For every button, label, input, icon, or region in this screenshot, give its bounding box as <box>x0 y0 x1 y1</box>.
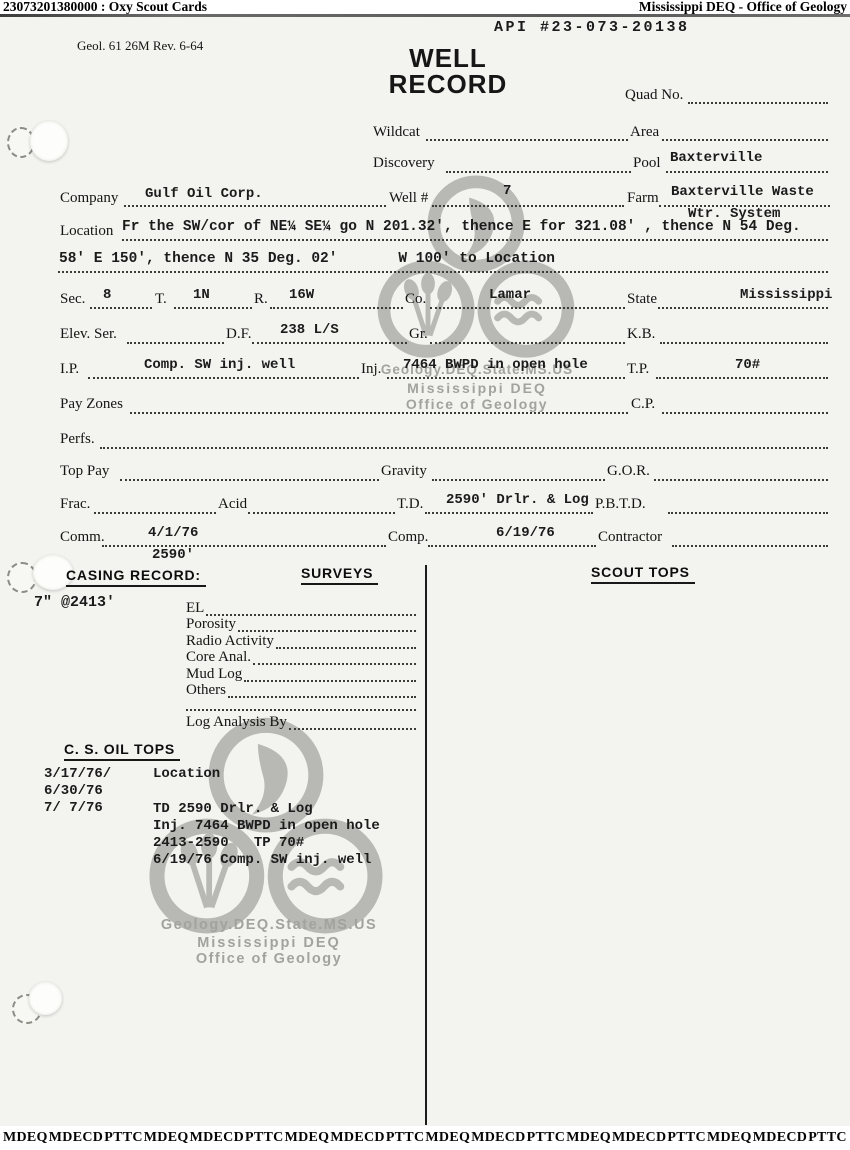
comp-label: Comp. <box>388 529 428 545</box>
footer-item: PTTC <box>386 1130 425 1146</box>
footer-item: PTTC <box>667 1130 706 1146</box>
frac-line <box>94 510 216 514</box>
oiltops-note-comp: 6/19/76 Comp. SW inj. well <box>153 852 371 868</box>
sec-line <box>90 305 152 309</box>
pbtd-label: P.B.T.D. <box>595 496 646 512</box>
header-doc-id: 23073201380000 : Oxy Scout Cards <box>3 0 207 14</box>
scout-tops-title: SCOUT TOPS <box>591 565 695 584</box>
survey-label-core-anal: Core Anal. <box>186 650 251 665</box>
tp-line <box>656 375 828 379</box>
state-line <box>658 305 828 309</box>
perfs-label: Perfs. <box>60 431 95 447</box>
wildcat-label: Wildcat <box>373 124 420 140</box>
column-divider <box>425 565 427 1125</box>
quad-no-label: Quad No. <box>625 87 683 103</box>
pool-line <box>666 169 828 173</box>
survey-line-others <box>228 694 416 698</box>
perfs-line <box>100 445 828 449</box>
df-value: 238 L/S <box>280 322 339 338</box>
footer-item: MDECD <box>753 1130 807 1146</box>
comm-depth-value: 2590' <box>152 547 194 563</box>
comp-line <box>428 543 596 547</box>
footer-item: PTTC <box>245 1130 284 1146</box>
oiltops-date-2: 6/30/76 <box>44 783 103 799</box>
footer-item: MDECD <box>190 1130 244 1146</box>
wildcat-line <box>426 137 628 141</box>
survey-extra-line <box>186 707 416 711</box>
survey-label-radio-activity: Radio Activity <box>186 634 274 649</box>
state-value: Mississippi <box>740 287 832 303</box>
township-value: 1N <box>193 287 210 303</box>
survey-row-log-analysis: Log Analysis By <box>186 714 416 730</box>
gr-label: Gr. <box>409 326 428 342</box>
survey-line-core-anal <box>253 661 416 665</box>
cs-oil-tops-title: C. S. OIL TOPS <box>64 742 180 761</box>
comm-label: Comm. <box>60 529 105 545</box>
oiltops-note-td: TD 2590 Drlr. & Log <box>153 801 313 817</box>
oiltops-note-inj: Inj. 7464 BWPD in open hole <box>153 818 380 834</box>
survey-label-el: EL <box>186 601 204 616</box>
ip-value: Comp. SW inj. well <box>144 357 295 373</box>
footer-item: MDEQ <box>707 1130 752 1146</box>
survey-row-mud-log: Mud Log <box>186 666 416 682</box>
gr-line <box>430 340 625 344</box>
ip-line <box>88 375 359 379</box>
township-line <box>174 305 252 309</box>
oiltops-note-location: Location <box>153 766 220 782</box>
tp-value: 70# <box>735 357 760 373</box>
gravity-line <box>432 477 605 481</box>
area-label: Area <box>630 124 659 140</box>
inj-value: 7464 BWPD in open hole <box>403 357 588 373</box>
comm-line <box>102 543 386 547</box>
footer-item: MDECD <box>49 1130 103 1146</box>
kb-label: K.B. <box>627 326 655 342</box>
log-analysis-label: Log Analysis By <box>186 715 287 730</box>
pay-zones-label: Pay Zones <box>60 396 123 412</box>
company-label: Company <box>60 190 118 206</box>
td-value: 2590' Drlr. & Log <box>446 492 589 508</box>
td-line <box>425 510 593 514</box>
comp-date-value: 6/19/76 <box>496 525 555 541</box>
api-number: API #23-073-20138 <box>494 20 690 36</box>
inj-line <box>387 375 625 379</box>
survey-row-radio-activity: Radio Activity <box>186 633 416 649</box>
footer-item: MDEQ <box>3 1130 48 1146</box>
oiltops-date-3: 7/ 7/76 <box>44 800 103 816</box>
td-label: T.D. <box>397 496 423 512</box>
log-analysis-line <box>289 726 416 730</box>
well-number-value: 7 <box>503 183 511 199</box>
survey-row-el: EL <box>186 600 416 616</box>
sec-value: 8 <box>103 287 111 303</box>
county-value: Lamar <box>489 287 531 303</box>
gor-line <box>654 477 828 481</box>
watermark-deq-upper: Mississippi DEQ <box>377 380 577 396</box>
form-code: Geol. 61 26M Rev. 6-64 <box>77 38 203 54</box>
footer-item: PTTC <box>104 1130 143 1146</box>
casing-record-title: CASING RECORD: <box>66 568 206 587</box>
discovery-label: Discovery <box>373 155 435 171</box>
footer-sponsor-bar: MDEQ MDECD PTTC MDEQ MDECD PTTC MDEQ MDE… <box>0 1126 850 1150</box>
footer-item: MDECD <box>471 1130 525 1146</box>
header-agency: Mississippi DEQ - Office of Geology <box>639 0 847 14</box>
footer-item: PTTC <box>527 1130 566 1146</box>
survey-row-porosity: Porosity <box>186 616 416 632</box>
footer-item: MDEQ <box>566 1130 611 1146</box>
footer-item: MDEQ <box>144 1130 189 1146</box>
county-line <box>430 305 625 309</box>
scanned-well-record-page: { "header_bar": { "left": "2307320138000… <box>0 0 850 1150</box>
well-number-label: Well # <box>389 190 428 206</box>
footer-item: PTTC <box>808 1130 847 1146</box>
top-pay-line <box>120 477 379 481</box>
oiltops-note-interval: 2413-2590 TP 70# <box>153 835 304 851</box>
area-line <box>662 137 828 141</box>
pbtd-line <box>668 510 828 514</box>
location-line-1 <box>122 237 828 241</box>
elev-ser-line <box>127 340 224 344</box>
footer-item: MDEQ <box>425 1130 470 1146</box>
surveys-title: SURVEYS <box>301 566 378 585</box>
survey-line-porosity <box>238 628 416 632</box>
survey-label-others: Others <box>186 683 226 698</box>
state-label: State <box>627 291 657 307</box>
pool-value: Baxterville <box>670 150 762 166</box>
tp-label: T.P. <box>627 361 649 377</box>
farm-label: Farm <box>627 190 659 206</box>
county-label: Co. <box>405 291 426 307</box>
survey-row-core-anal: Core Anal. <box>186 649 416 665</box>
watermark-office-lower: Office of Geology <box>160 951 378 967</box>
gravity-label: Gravity <box>381 463 427 479</box>
frac-label: Frac. <box>60 496 90 512</box>
watermark-url-lower: Geology.DEQ.State.MS.US <box>160 917 378 933</box>
hole-punch-white-1 <box>30 121 68 161</box>
location-value-line1: Fr the SW/cor of NE¼ SE¼ go N 201.32', t… <box>122 219 801 235</box>
survey-label-porosity: Porosity <box>186 617 236 632</box>
footer-item: MDECD <box>330 1130 384 1146</box>
pay-zones-line <box>130 410 628 414</box>
footer-item: MDECD <box>612 1130 666 1146</box>
contractor-label: Contractor <box>598 529 662 545</box>
company-line <box>124 203 386 207</box>
acid-line <box>248 510 395 514</box>
kb-line <box>660 340 828 344</box>
location-line-2 <box>58 269 828 273</box>
comm-date-value: 4/1/76 <box>148 525 198 541</box>
sec-label: Sec. <box>60 291 85 307</box>
range-value: 16W <box>289 287 314 303</box>
top-pay-label: Top Pay <box>60 463 109 479</box>
location-label: Location <box>60 223 113 239</box>
survey-label-mud-log: Mud Log <box>186 667 242 682</box>
hole-punch-rim-2 <box>7 562 37 593</box>
watermark-deq-lower: Mississippi DEQ <box>160 935 378 951</box>
cp-label: C.P. <box>631 396 655 412</box>
elev-ser-label: Elev. Ser. <box>60 326 117 342</box>
farm-value-line1: Baxterville Waste <box>671 184 814 200</box>
inj-label: Inj. <box>361 361 381 377</box>
contractor-line <box>672 543 828 547</box>
location-value-line2: 58' E 150', thence N 35 Deg. 02' W 100' … <box>59 251 555 267</box>
company-value: Gulf Oil Corp. <box>145 186 263 202</box>
cp-line <box>662 410 828 414</box>
discovery-line <box>446 169 631 173</box>
quad-no-line <box>688 100 828 104</box>
pool-label: Pool <box>633 155 661 171</box>
gor-label: G.O.R. <box>607 463 650 479</box>
df-label: D.F. <box>226 326 251 342</box>
survey-row-others: Others <box>186 682 416 698</box>
casing-entry: 7" @2413' <box>34 595 115 611</box>
hole-punch-white-3 <box>29 982 62 1015</box>
range-line <box>270 305 403 309</box>
acid-label: Acid <box>218 496 247 512</box>
footer-item: MDEQ <box>285 1130 330 1146</box>
range-label: R. <box>254 291 268 307</box>
df-line <box>252 340 407 344</box>
ip-label: I.P. <box>60 361 79 377</box>
oiltops-date-1: 3/17/76/ <box>44 766 111 782</box>
township-label: T. <box>155 291 167 307</box>
page-title: WELL RECORD <box>352 45 544 97</box>
well-number-line <box>432 203 624 207</box>
